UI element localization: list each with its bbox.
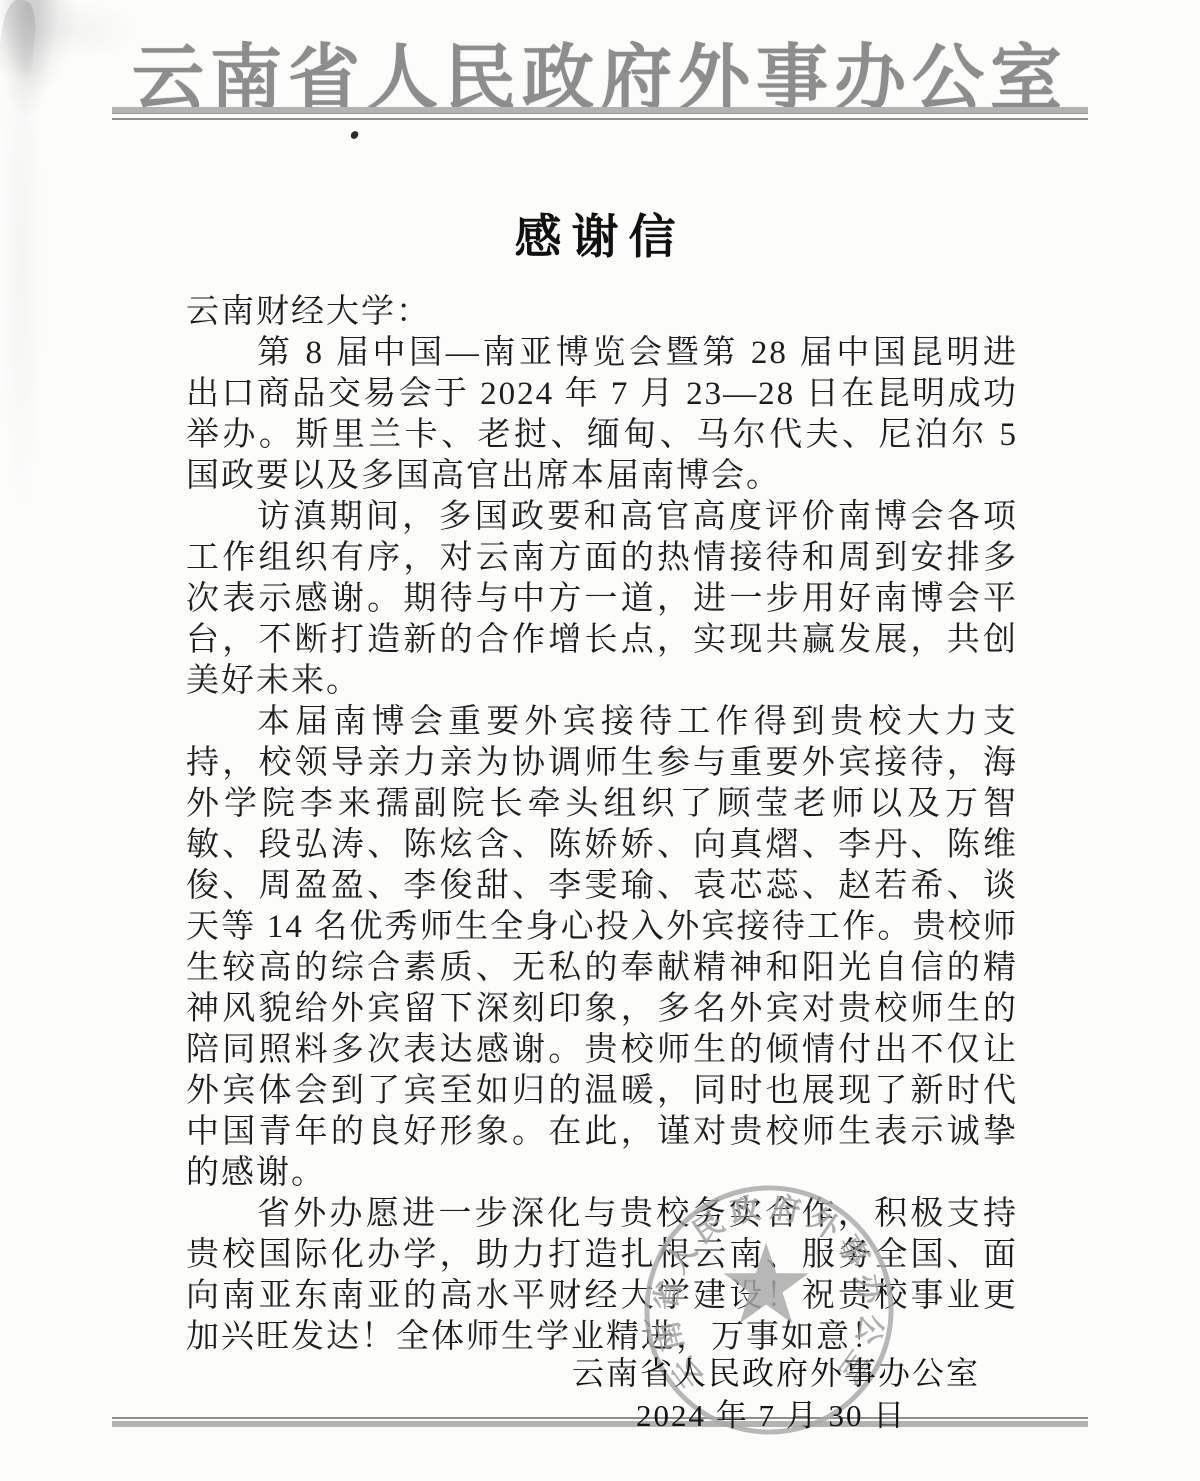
- footer-rule-thin: [112, 1417, 1088, 1419]
- paragraph-2: 访滇期间，多国政要和高官高度评价南博会各项工作组织有序，对云南方面的热情接待和周…: [186, 497, 1018, 702]
- star-icon: [724, 1243, 809, 1324]
- scan-speck: [350, 130, 359, 140]
- paragraph-1: 第 8 届中国—南亚博览会暨第 28 届中国昆明进出口商品交易会于 2024 年…: [186, 333, 1018, 497]
- letter-title: 感谢信: [0, 200, 1200, 267]
- letter-date: 2024 年 7 月 30 日: [636, 1390, 906, 1435]
- paragraph-3: 本届南博会重要外宾接待工作得到贵校大力支持，校领导亲力亲为协调师生参与重要外宾接…: [186, 702, 1018, 1194]
- signature-org-name: 云南省人民政府外事办公室: [572, 1348, 980, 1394]
- scanned-letter-page: 云南省人民政府外事办公室 感谢信 云南财经大学： 第 8 届中国—南亚博览会暨第…: [0, 0, 1200, 1481]
- footer-rule-thick: [112, 1421, 1088, 1427]
- letterhead-rule-thick: [112, 107, 1088, 114]
- salutation: 云南财经大学：: [186, 292, 1018, 333]
- letterhead-rule-thin: [112, 118, 1088, 120]
